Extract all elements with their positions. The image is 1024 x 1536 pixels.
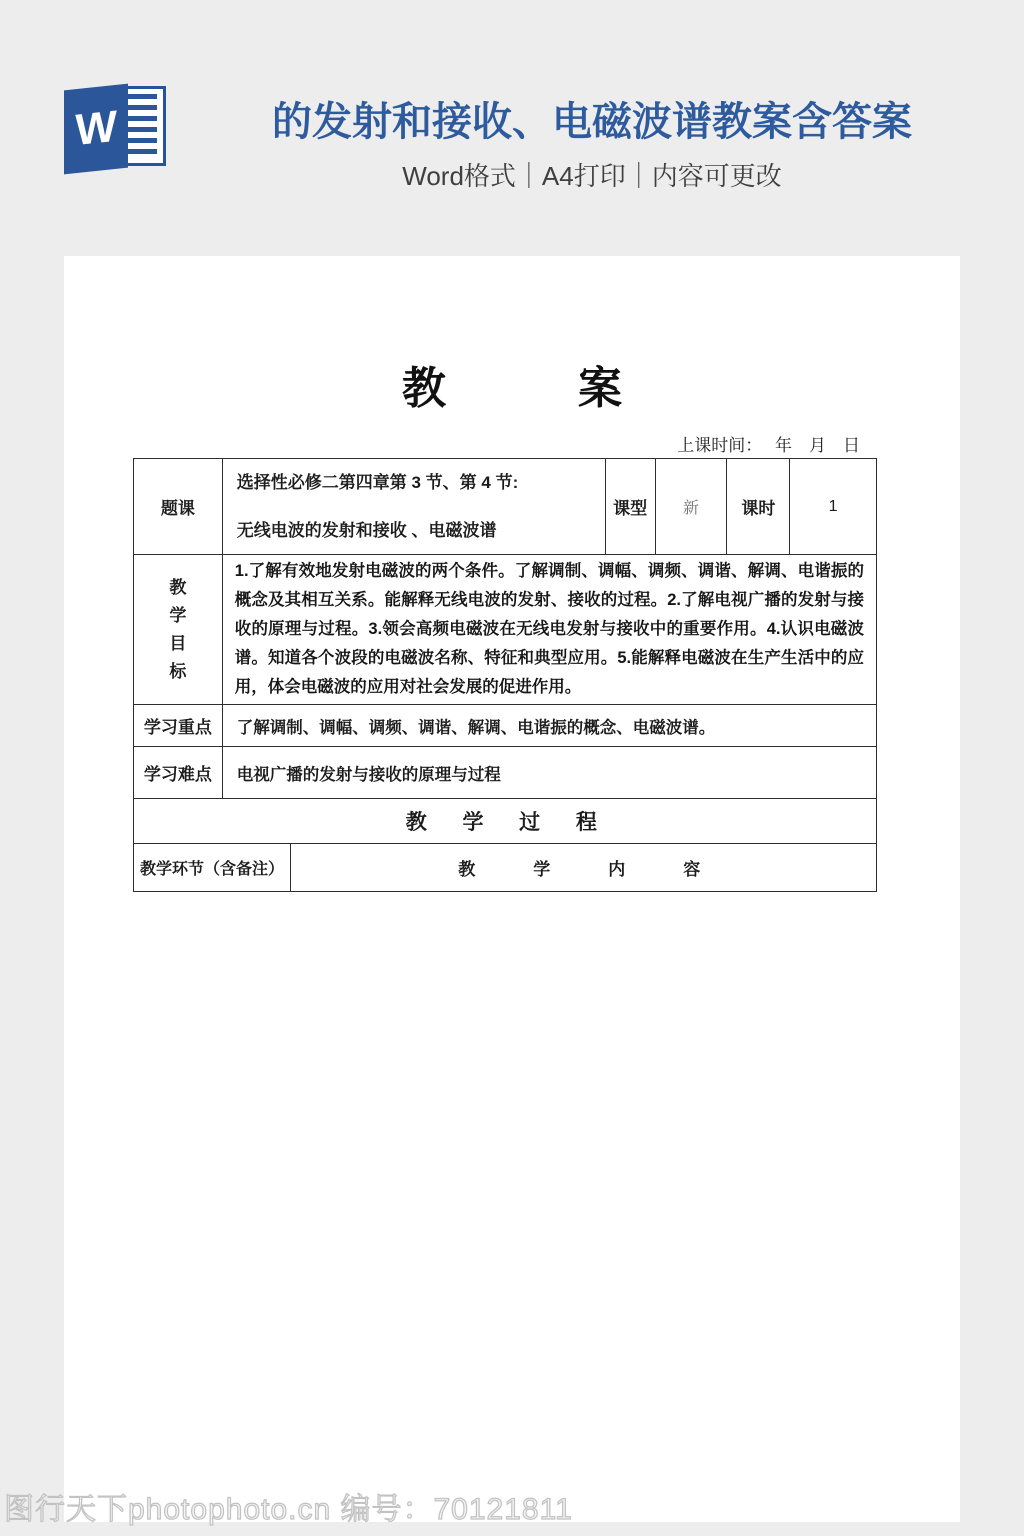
course-type-label-cell: 课型 [605, 459, 655, 554]
focus-content-cell: 了解调制、调幅、调频、调谐、解调、电谐振的概念、电磁波谱。 [222, 705, 876, 746]
goals-content-cell: 1.了解有效地发射电磁波的两个条件。了解调制、调幅、调频、调谐、解调、电谐振的概… [222, 555, 876, 704]
site-watermark: 图行天下photophoto.cn 编号：70121811 [4, 1484, 573, 1528]
period-value-cell: 1 [789, 459, 876, 554]
difficulty-content-cell: 电视广播的发射与接收的原理与过程 [222, 747, 876, 798]
section-label-cell: 教学环节（含备注） [134, 844, 290, 891]
section-content-text: 教 学 内 容 [291, 855, 876, 880]
process-banner-text: 教 学 过 程 [134, 806, 876, 836]
section-content-cell: 教 学 内 容 [290, 844, 876, 891]
focus-content-text: 了解调制、调幅、调频、调谐、解调、电谐振的概念、电磁波谱。 [223, 714, 730, 738]
word-document-icon: W [64, 80, 174, 176]
course-label-cell: 题课 [134, 459, 222, 554]
course-type-value: 新 [683, 495, 699, 518]
preview-header: W 的发射和接收、电磁波谱教案含答案 Word格式｜A4打印｜内容可更改 [0, 0, 1024, 256]
difficulty-label-cell: 学习难点 [134, 747, 222, 798]
course-content-text: 选择性必修二第四章第 3 节、第 4 节: 无线电波的发射和接收 、电磁波谱 [223, 471, 532, 543]
table-row-goals: 教 学 目 标 1.了解有效地发射电磁波的两个条件。了解调制、调幅、调频、调谐、… [134, 554, 876, 704]
table-row-course: 题课 选择性必修二第四章第 3 节、第 4 节: 无线电波的发射和接收 、电磁波… [134, 459, 876, 554]
course-type-value-cell: 新 [655, 459, 727, 554]
focus-label-cell: 学习重点 [134, 705, 222, 746]
table-row-process: 教 学 过 程 [134, 798, 876, 843]
lesson-plan-heading: 教 案 [64, 352, 960, 416]
table-row-difficulty: 学习难点 电视广播的发射与接收的原理与过程 [134, 746, 876, 798]
process-banner-cell: 教 学 过 程 [134, 799, 876, 843]
period-value: 1 [829, 498, 838, 516]
course-content-cell: 选择性必修二第四章第 3 节、第 4 节: 无线电波的发射和接收 、电磁波谱 [222, 459, 605, 554]
document-title: 的发射和接收、电磁波谱教案含答案 [200, 90, 984, 147]
goals-label-cell: 教 学 目 标 [134, 555, 222, 704]
goals-label-text: 教 学 目 标 [169, 574, 186, 686]
lesson-plan-table: 题课 选择性必修二第四章第 3 节、第 4 节: 无线电波的发射和接收 、电磁波… [133, 458, 877, 892]
period-label-cell: 课时 [726, 459, 789, 554]
difficulty-content-text: 电视广播的发射与接收的原理与过程 [223, 761, 515, 785]
goals-content-text: 1.了解有效地发射电磁波的两个条件。了解调制、调幅、调频、调谐、解调、电谐振的概… [223, 557, 876, 702]
table-row-focus: 学习重点 了解调制、调幅、调频、调谐、解调、电谐振的概念、电磁波谱。 [134, 704, 876, 746]
document-subtitle: Word格式｜A4打印｜内容可更改 [200, 156, 984, 193]
section-label-text: 教学环节（含备注） [134, 856, 290, 879]
word-icon-front: W [64, 84, 128, 175]
table-row-section-header: 教学环节（含备注） 教 学 内 容 [134, 843, 876, 891]
word-icon-letter: W [75, 102, 117, 156]
document-preview-canvas: W 的发射和接收、电磁波谱教案含答案 Word格式｜A4打印｜内容可更改 教 案… [0, 0, 1024, 1536]
class-time-line: 上课时间： 年 月 日 [677, 431, 860, 456]
a4-page: 教 案 上课时间： 年 月 日 题课 选择性必修二第四章第 3 节、第 4 节:… [64, 256, 960, 1522]
